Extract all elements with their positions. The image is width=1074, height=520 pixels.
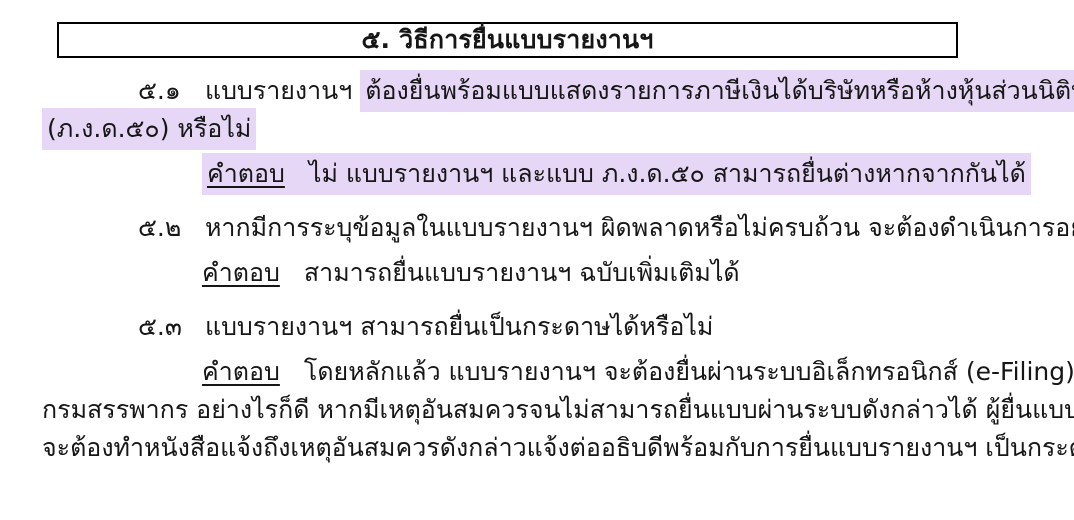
item-5-1-question-line-2: (ภ.ง.ด.๕๐) หรือไม่ <box>42 110 1030 148</box>
item-5-3-answer-text-3: จะต้องทำหนังสือแจ้งถึงเหตุอันสมควรดังกล่… <box>42 433 1074 462</box>
item-5-2-answer-line: คำตอบสามารถยื่นแบบรายงานฯ ฉบับเพิ่มเติมไ… <box>42 254 1030 292</box>
section-title: ๕. วิธีการยื่นแบบรายงานฯ <box>361 20 653 60</box>
item-5-1-question-plain: แบบรายงานฯ <box>205 76 352 105</box>
item-5-1-answer-label: คำตอบ <box>207 159 285 188</box>
item-5-3-question-line: ๕.๓ แบบรายงานฯ สามารถยื่นเป็นกระดาษได้หร… <box>42 308 1030 346</box>
item-5-3-answer-text-1: โดยหลักแล้ว แบบรายงานฯ จะต้องยื่นผ่านระบ… <box>304 357 1074 386</box>
item-5-3-answer-line-3: จะต้องทำหนังสือแจ้งถึงเหตุอันสมควรดังกล่… <box>42 429 1030 467</box>
document-page: ๕. วิธีการยื่นแบบรายงานฯ ๕.๑ แบบรายงานฯ … <box>0 0 1074 520</box>
item-5-3-answer-line-1: คำตอบโดยหลักแล้ว แบบรายงานฯ จะต้องยื่นผ่… <box>42 353 1030 391</box>
item-5-3-question-text: แบบรายงานฯ สามารถยื่นเป็นกระดาษได้หรือไม… <box>205 312 713 341</box>
item-5-2-answer-label: คำตอบ <box>202 258 280 287</box>
item-5-3-answer-label: คำตอบ <box>202 357 280 386</box>
item-5-1-question-highlight-2: (ภ.ง.ด.๕๐) หรือไม่ <box>42 108 256 150</box>
item-5-3-answer-line-2: กรมสรรพากร อย่างไรก็ดี หากมีเหตุอันสมควร… <box>42 391 1030 429</box>
item-5-2-answer-text: สามารถยื่นแบบรายงานฯ ฉบับเพิ่มเติมได้ <box>304 258 740 287</box>
item-5-1-answer-highlight: คำตอบไม่ แบบรายงานฯ และแบบ ภ.ง.ด.๕๐ สามา… <box>202 153 1031 195</box>
item-5-1-question-line-1: ๕.๑ แบบรายงานฯ ต้องยื่นพร้อมแบบแสดงรายกา… <box>42 72 1030 110</box>
item-5-3-answer-text-2: กรมสรรพากร อย่างไรก็ดี หากมีเหตุอันสมควร… <box>42 395 1074 424</box>
item-5-1-question-highlight-1: ต้องยื่นพร้อมแบบแสดงรายการภาษีเงินได้บริ… <box>360 70 1074 112</box>
item-5-3-number: ๕.๓ <box>138 308 197 346</box>
item-5-1-answer-line: คำตอบไม่ แบบรายงานฯ และแบบ ภ.ง.ด.๕๐ สามา… <box>42 155 1030 193</box>
item-5-1-number: ๕.๑ <box>138 72 197 110</box>
item-5-2-question-text: หากมีการระบุข้อมูลในแบบรายงานฯ ผิดพลาดหร… <box>205 213 1074 242</box>
item-5-2-number: ๕.๒ <box>138 209 197 247</box>
item-5-1-answer-text: ไม่ แบบรายงานฯ และแบบ ภ.ง.ด.๕๐ สามารถยื่… <box>309 159 1026 188</box>
item-5-2-question-line: ๕.๒ หากมีการระบุข้อมูลในแบบรายงานฯ ผิดพล… <box>42 209 1030 247</box>
section-title-box: ๕. วิธีการยื่นแบบรายงานฯ <box>57 22 958 58</box>
